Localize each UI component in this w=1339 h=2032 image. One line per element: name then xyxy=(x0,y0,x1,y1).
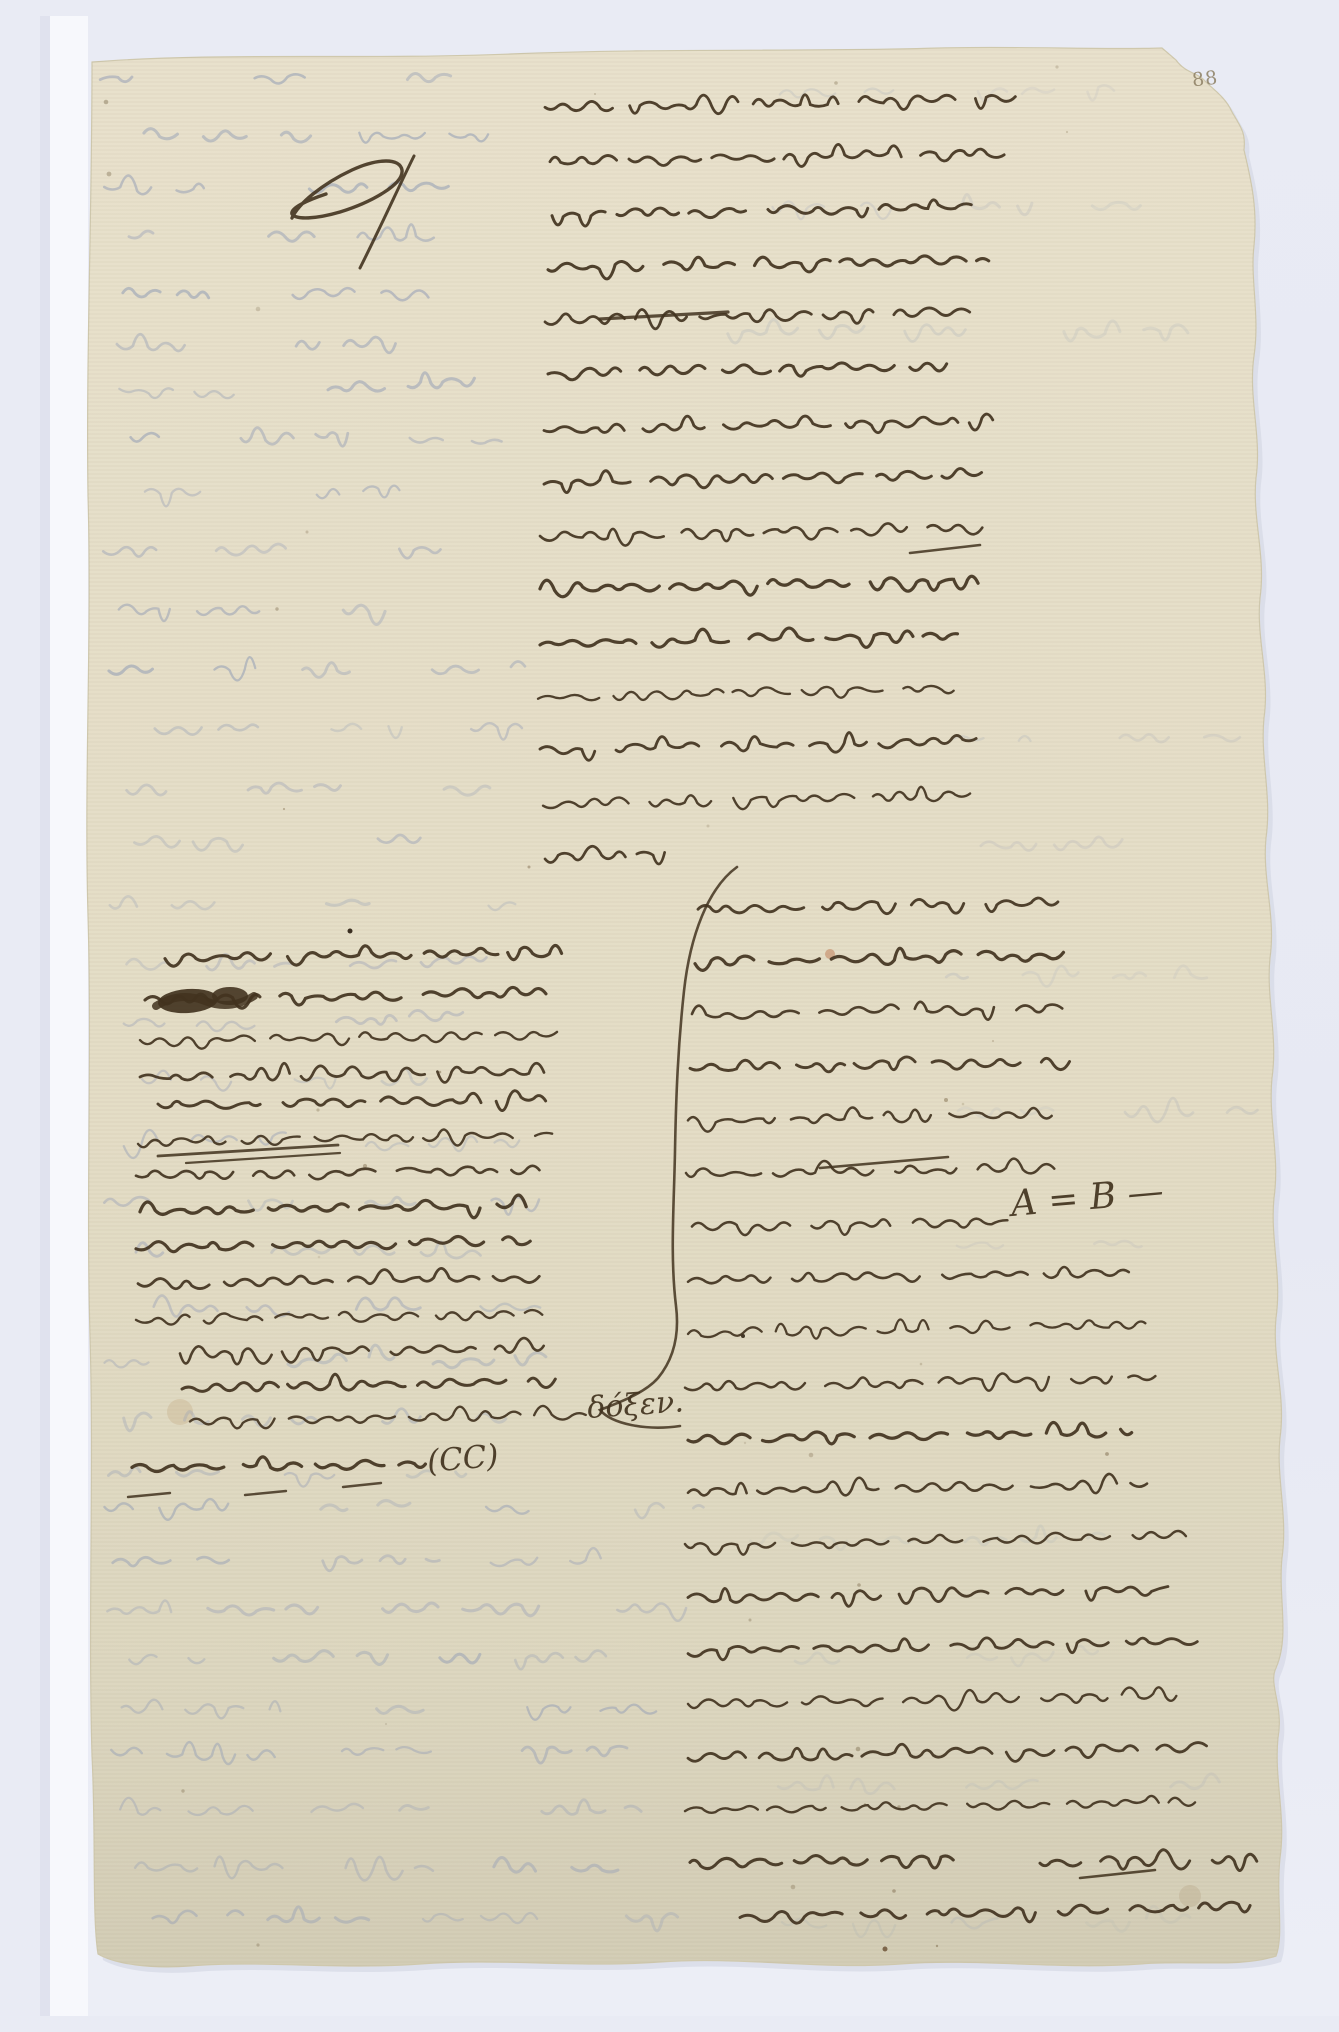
paper-speck xyxy=(936,1945,938,1947)
page-number: 88 xyxy=(1191,67,1219,92)
paper-speck xyxy=(1066,131,1068,133)
paper-speck xyxy=(944,1098,948,1102)
paper-speck xyxy=(316,1108,319,1111)
paper-stain xyxy=(1179,1885,1201,1907)
paper-speck xyxy=(181,1789,184,1792)
paper-speck xyxy=(256,1943,259,1946)
manuscript-drawing: A = B —δόξεν.(CC) xyxy=(40,16,1339,2016)
paper-speck xyxy=(385,1723,387,1725)
paper-speck xyxy=(283,808,285,810)
paper-speck xyxy=(306,531,309,534)
paper-laid-texture xyxy=(40,16,1339,2016)
paper-speck xyxy=(318,1256,321,1259)
paper-speck xyxy=(528,866,531,869)
cc-mark-token: (CC) xyxy=(426,1438,501,1480)
paper-speck xyxy=(744,1442,746,1444)
paper-speck xyxy=(256,307,261,312)
paper-speck xyxy=(707,825,710,828)
paper-speck xyxy=(856,1747,861,1752)
paper-speck xyxy=(1055,65,1058,68)
paper-speck xyxy=(791,1885,796,1890)
paper-speck xyxy=(857,1583,861,1587)
paper-speck xyxy=(275,607,278,610)
paper-speck xyxy=(594,93,596,95)
paper-speck xyxy=(107,172,112,177)
paper-stain xyxy=(883,1947,888,1952)
paper-speck xyxy=(962,1103,965,1106)
paper-speck xyxy=(1105,1452,1109,1456)
greek-doxen-token: δόξεν. xyxy=(586,1384,685,1426)
paper-stain xyxy=(348,929,353,934)
scanned-manuscript-page: A = B —δόξεν.(CC) 88 Scanned handwritten… xyxy=(40,16,1339,2016)
paper-speck xyxy=(104,100,109,105)
paper-speck xyxy=(809,1453,814,1458)
paper-speck xyxy=(749,1619,752,1622)
paper-speck xyxy=(920,1363,923,1366)
paper-speck xyxy=(992,1040,994,1042)
paper-speck xyxy=(834,81,838,85)
paper-speck xyxy=(892,1889,896,1893)
